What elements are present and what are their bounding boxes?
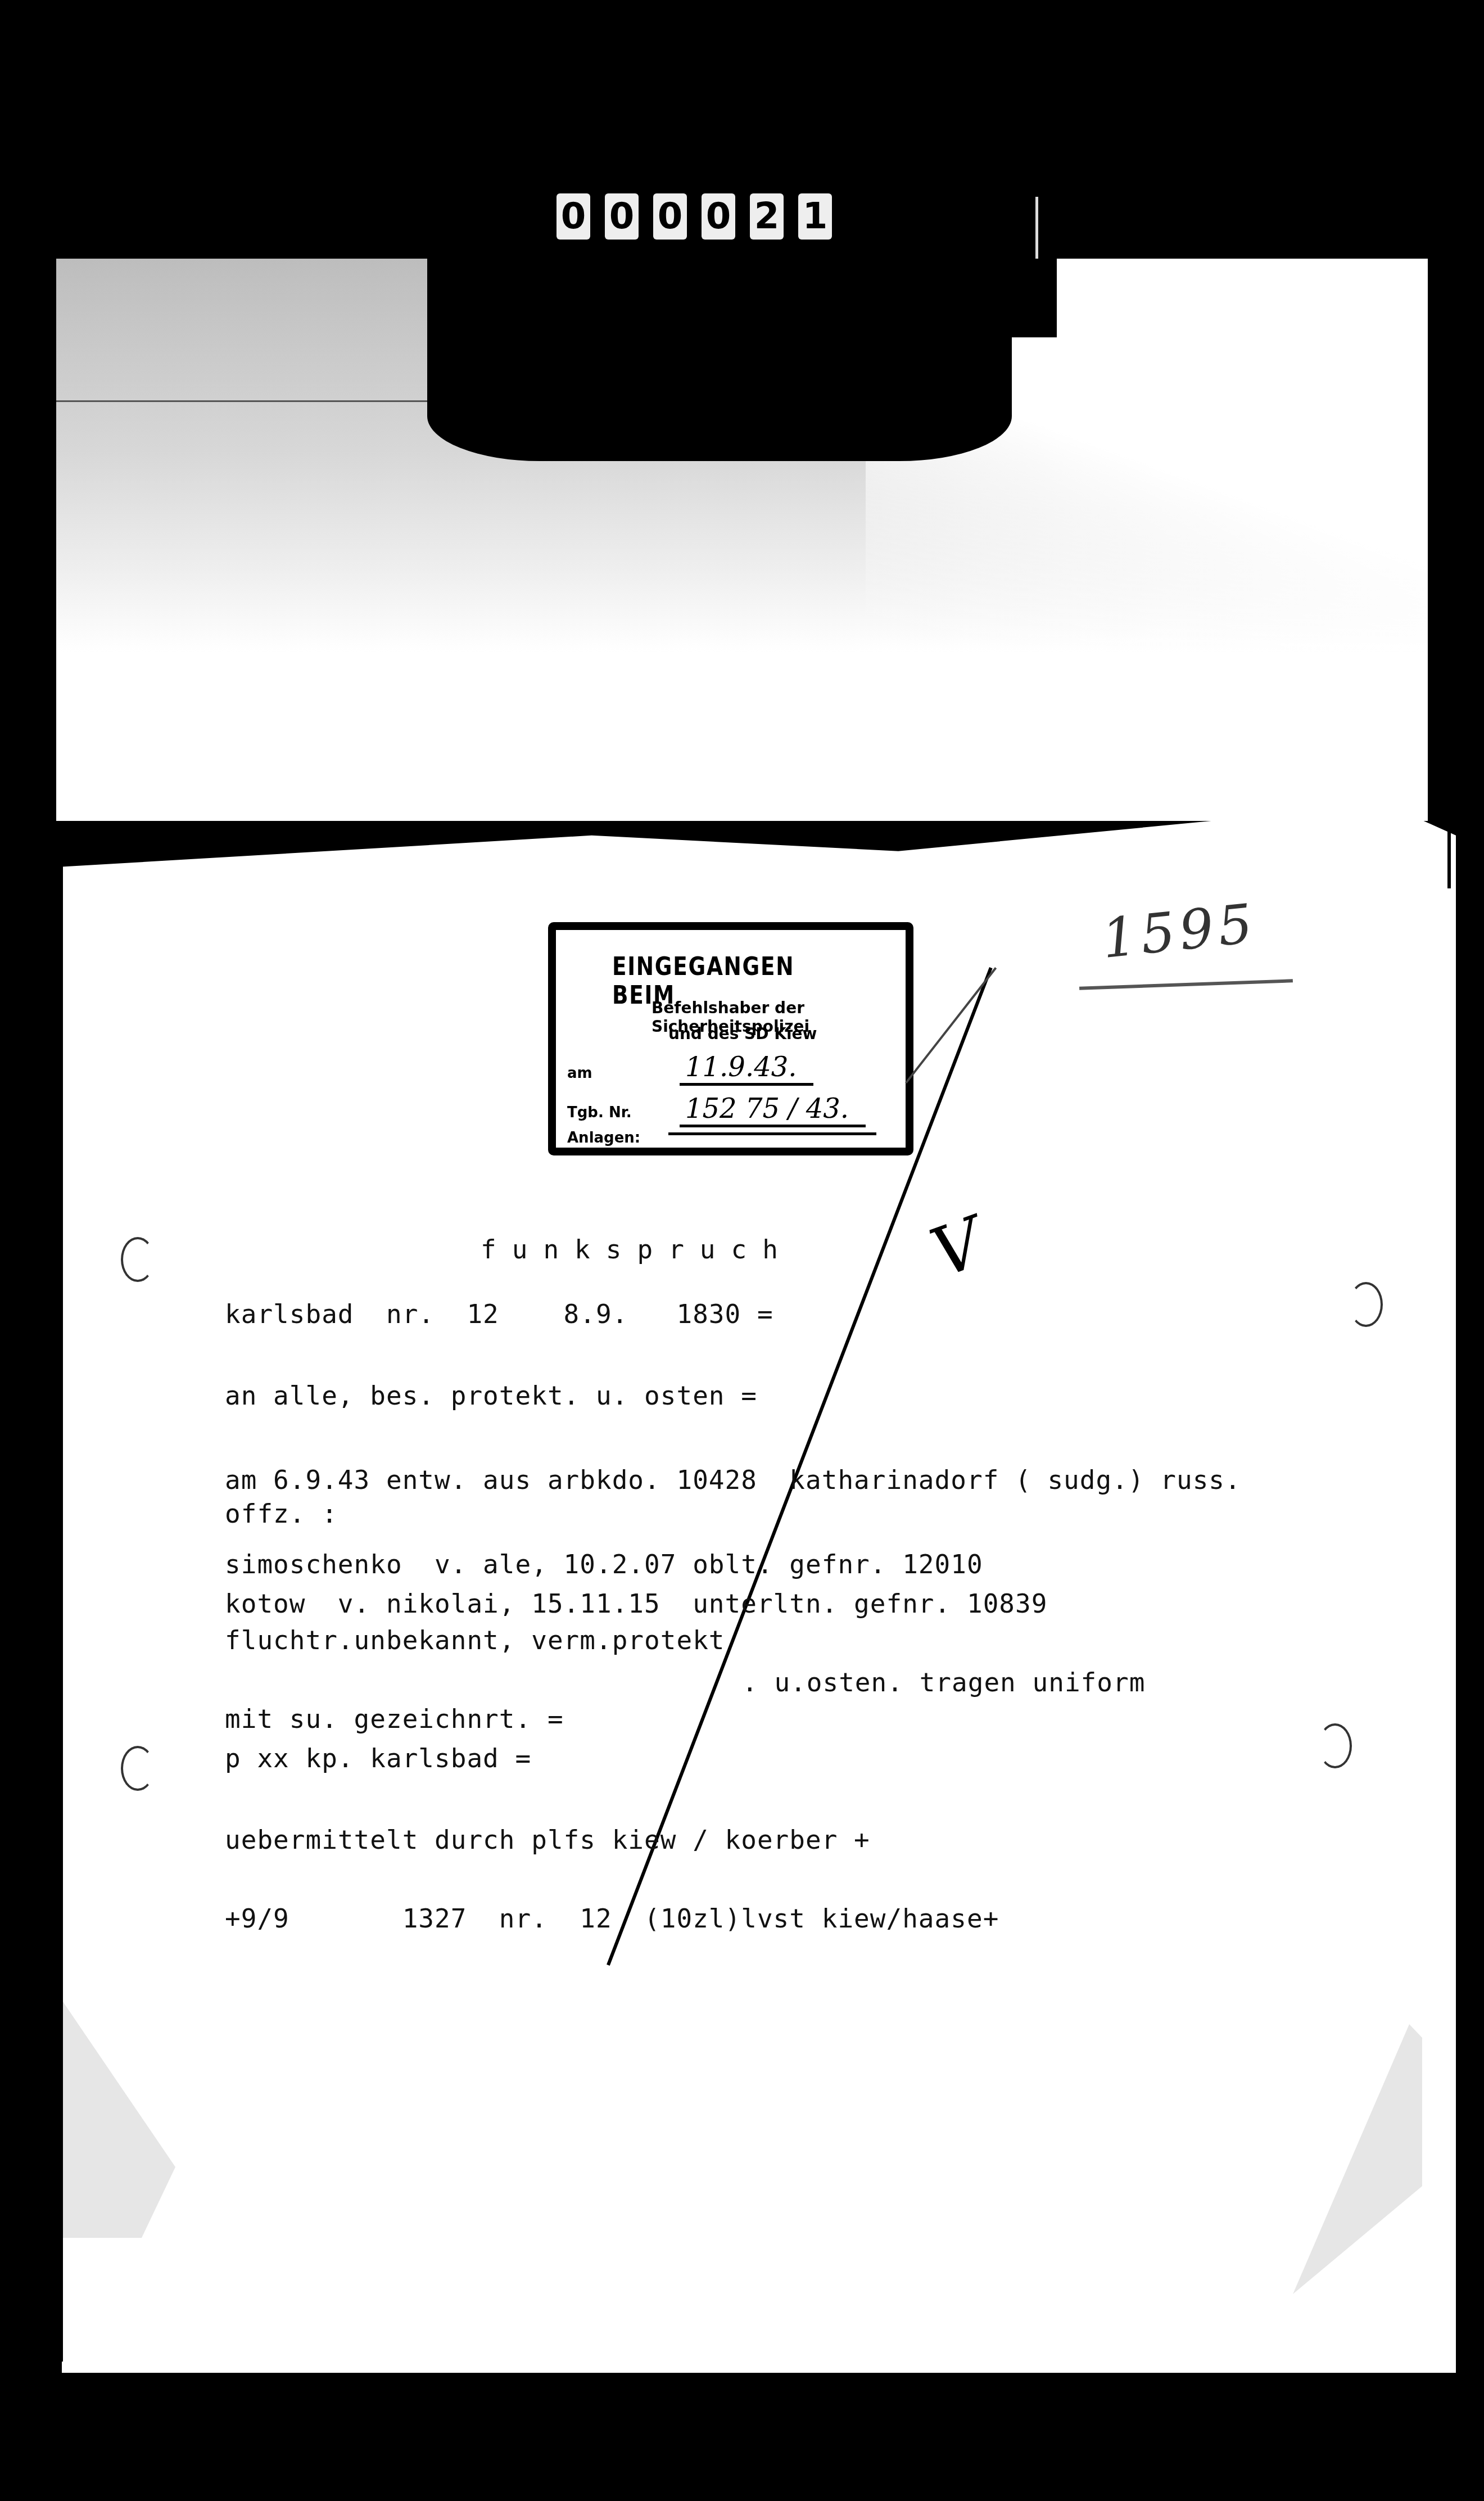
message-header-line: karlsbad nr. 12 8.9. 1830 =	[225, 1299, 773, 1329]
binder-clip	[427, 259, 1012, 461]
frame-digit: 1	[798, 193, 832, 240]
binder-clip-tab	[1006, 259, 1057, 337]
receipt-note: +9/9 1327 nr. 12 (10zl)lvst kiew/haase+	[225, 1903, 999, 1934]
message-line: simoschenko v. ale, 10.2.07 oblt. gefnr.…	[225, 1549, 983, 1579]
received-stamp: EINGEGANGEN BEIM Befehlshaber der Sicher…	[548, 922, 913, 1155]
frame-digit: 2	[750, 193, 784, 240]
page-edge-left	[61, 843, 63, 2362]
stamp-attachments-label: Anlagen:	[567, 1130, 640, 1146]
transmission-note: uebermittelt durch plfs kiew / koerber +	[225, 1825, 870, 1855]
frame-digit: 0	[653, 193, 687, 240]
frame-digit: 0	[556, 193, 590, 240]
frame-digit: 0	[605, 193, 639, 240]
message-line: mit su. gezeichnrt. =	[225, 1704, 564, 1734]
punch-hole	[121, 1237, 155, 1282]
page-edge-right	[1447, 810, 1451, 888]
message-line: offz. :	[225, 1498, 338, 1529]
frame-digit: 0	[702, 193, 735, 240]
message-line: kotow v. nikolai, 15.11.15 unterltn. gef…	[225, 1588, 1047, 1619]
message-line: . u.osten. tragen uniform	[742, 1667, 1145, 1698]
frame-number: 0 0 0 0 2 1	[556, 191, 832, 242]
message-line: fluchtr.unbekannt, verm.protekt	[225, 1625, 725, 1655]
stamp-blank-line	[668, 1132, 876, 1135]
stamp-number-label: Tgb. Nr.	[567, 1104, 632, 1121]
document-title: funkspruch	[481, 1234, 794, 1265]
punch-hole	[1349, 1282, 1383, 1327]
message-line: am 6.9.43 entw. aus arbkdo. 10428 kathar…	[225, 1465, 1241, 1495]
message-line: p xx kp. karlsbad =	[225, 1743, 531, 1773]
stamp-date: 11.9.43.	[680, 1051, 813, 1086]
punch-hole	[1318, 1723, 1352, 1768]
punch-hole	[121, 1746, 155, 1791]
ruled-line	[56, 400, 427, 402]
stamp-office-line2: und des SD Kiew	[668, 1024, 817, 1043]
stamp-journal-number: 152 75 / 43.	[680, 1093, 866, 1127]
stamp-date-label: am	[567, 1065, 592, 1082]
message-line: an alle, bes. protekt. u. osten =	[225, 1380, 757, 1411]
